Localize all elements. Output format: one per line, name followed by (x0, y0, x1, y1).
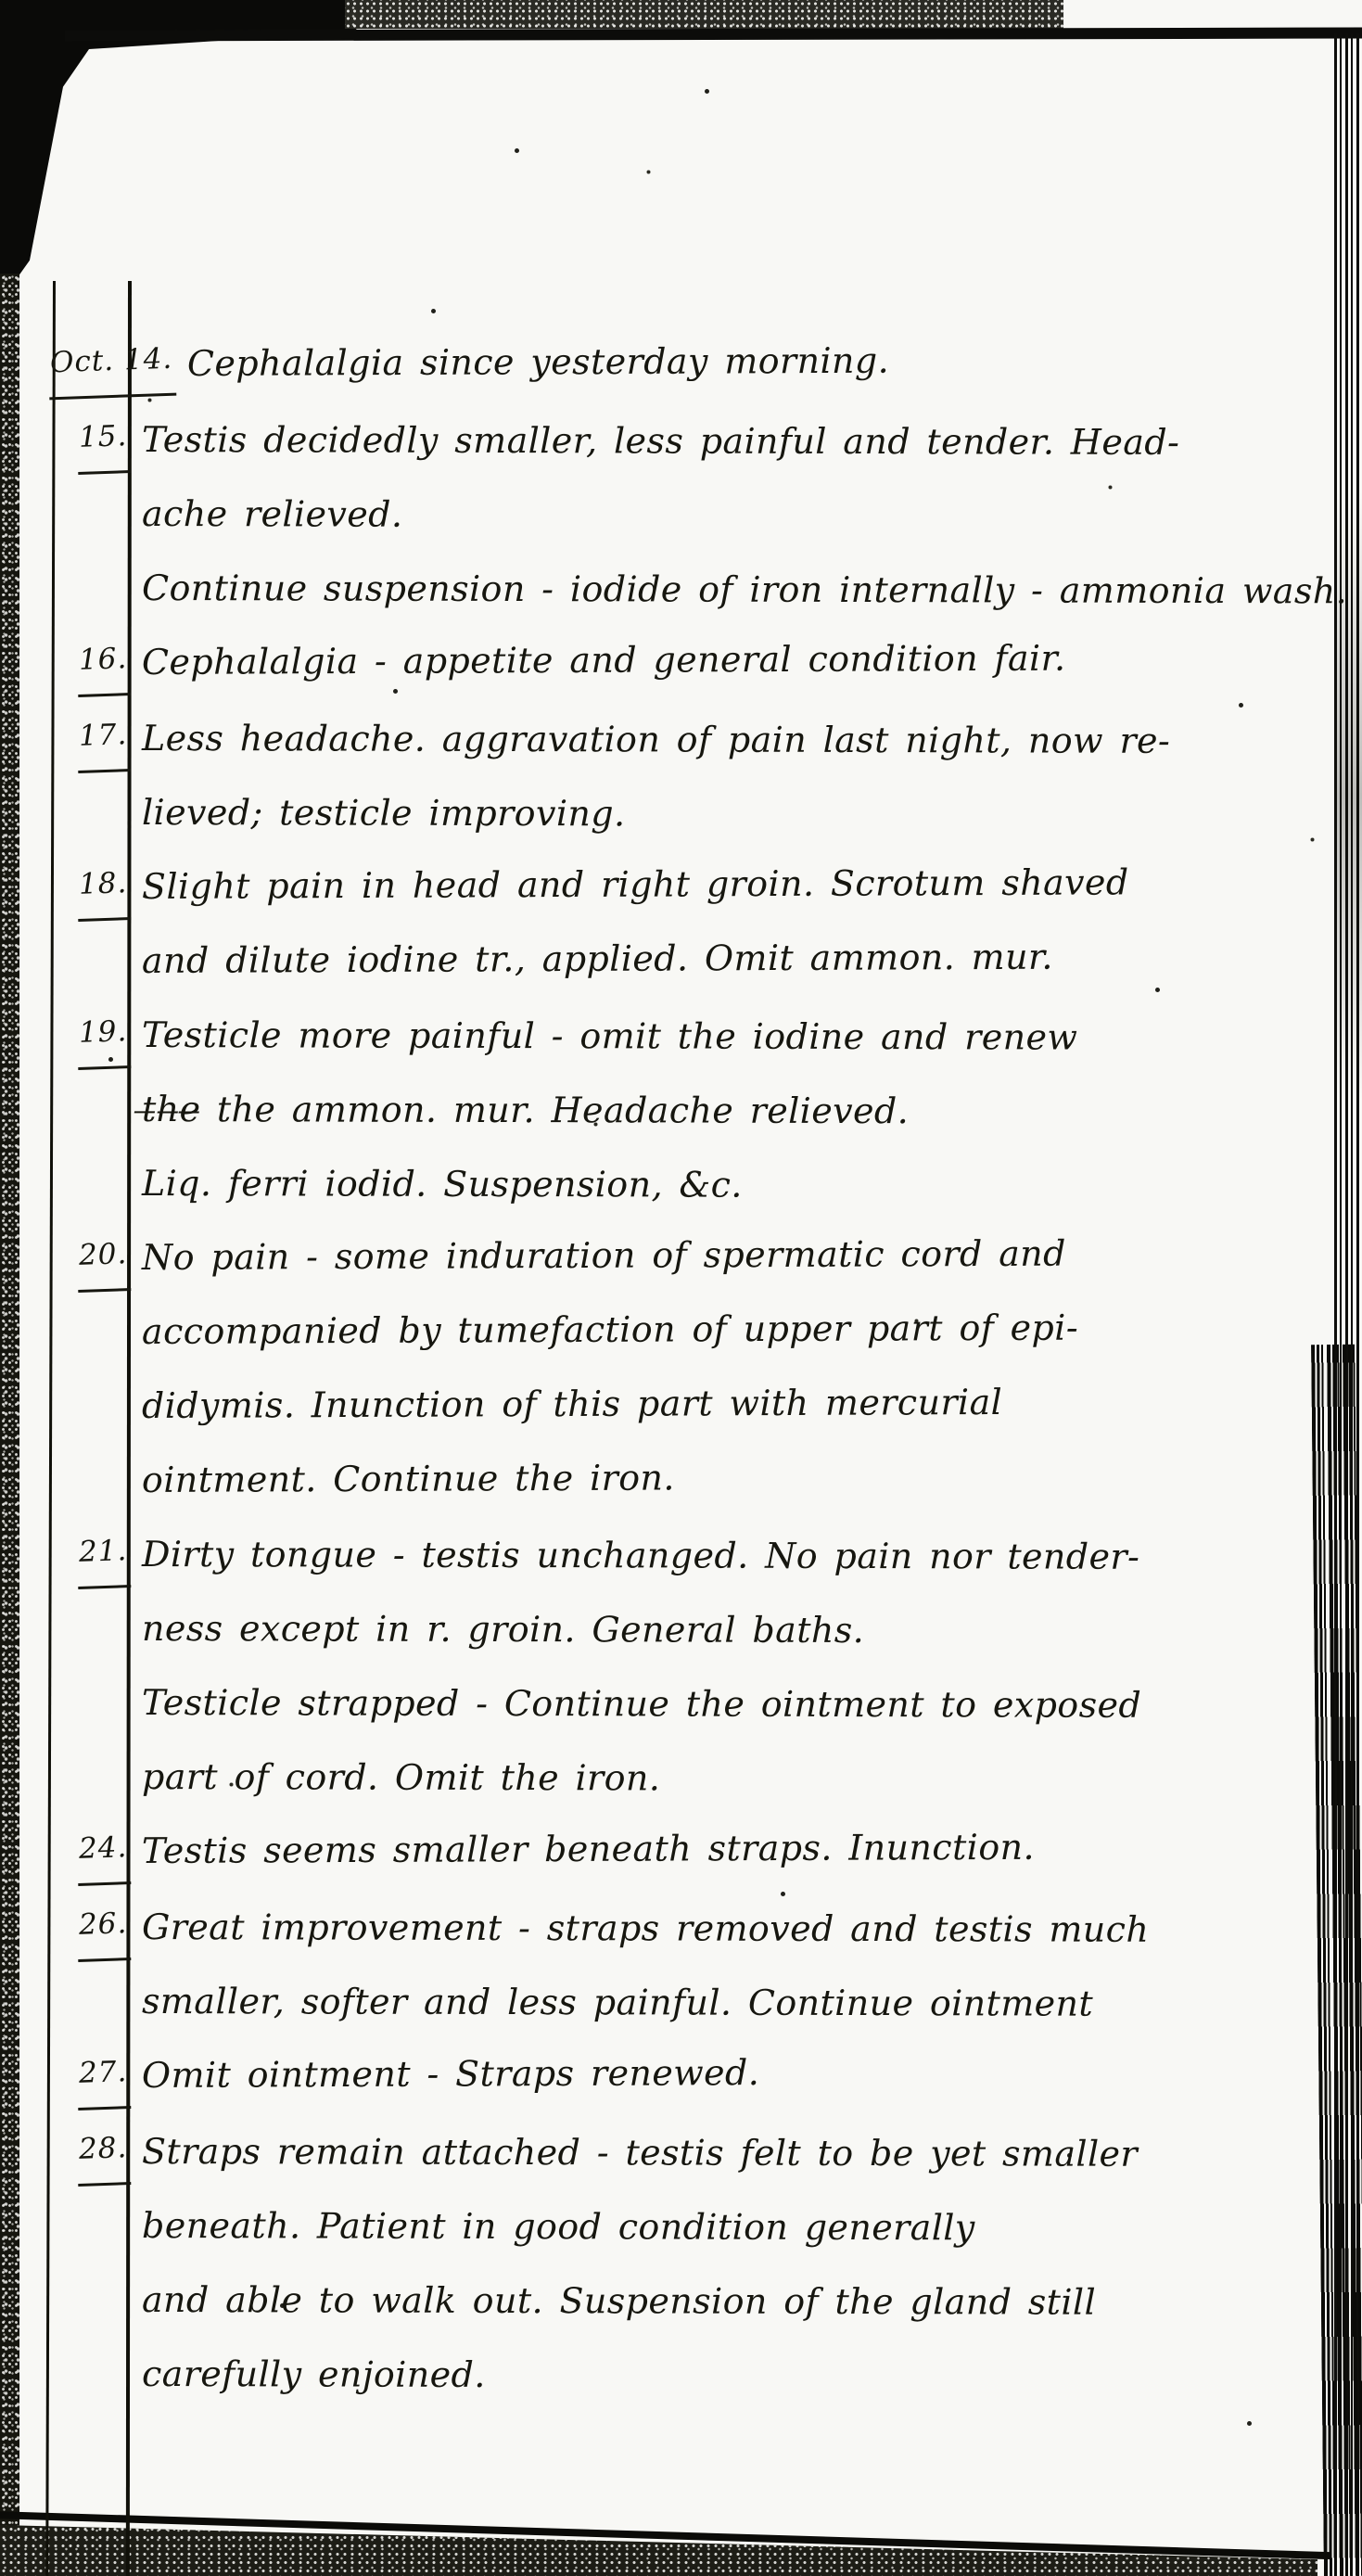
entry-date: 17. (75, 700, 131, 773)
entry-line: smaller, softer and less painful. Contin… (142, 1964, 1336, 2041)
entry-line: Slight pain in head and right groin. Scr… (142, 844, 1336, 924)
journal-entry: 16. Cephalalgia - appetite and general c… (48, 625, 1336, 701)
entry-lines: Testis decidedly smaller, less painful a… (130, 402, 1336, 625)
entry-line: Testicle strapped - Continue the ointmen… (142, 1665, 1336, 1742)
entry-date-cell: 16. (48, 625, 130, 701)
journal-entry: 17. Less headache. aggravation of pain l… (48, 701, 1336, 849)
manuscript-page: Oct. 14. Cephalalgia since yesterday mor… (0, 0, 1362, 2576)
journal-entry: Oct. 14. Cephalalgia since yesterday mor… (48, 326, 1336, 402)
entry-line: Cephalalgia - appetite and general condi… (142, 619, 1336, 699)
entry-date-cell: 19. (48, 998, 130, 1074)
entry-line: Less headache. aggravation of pain last … (142, 701, 1336, 778)
entry-date-cell: 21. (48, 1517, 130, 1593)
scan-edge-top-speckle (345, 0, 1063, 29)
entry-line: No pain - some induration of spermatic c… (142, 1215, 1336, 1294)
journal-entry: 26. Great improvement - straps removed a… (48, 1890, 1336, 2038)
entry-line: and dilute iodine tr., applied. Omit amm… (142, 918, 1336, 998)
journal-entry: 15. Testis decidedly smaller, less painf… (48, 402, 1336, 625)
entry-lines: Great improvement - straps removed and t… (130, 1890, 1336, 2038)
entry-line: Liq. ferri iodid. Suspension, &c. (142, 1146, 1336, 1223)
entry-date-cell: 24. (48, 1814, 130, 1890)
entry-lines: Dirty tongue - testis unchanged. No pain… (130, 1517, 1336, 1814)
entry-date-cell: 28. (48, 2114, 130, 2190)
entry-line: Testis decidedly smaller, less painful a… (142, 402, 1336, 479)
entry-date: 15. (75, 402, 131, 475)
entry-line: ointment. Continue the iron. (142, 1437, 1336, 1517)
journal-entry: 18. Slight pain in head and right groin.… (48, 849, 1336, 998)
entry-lines: Slight pain in head and right groin. Scr… (130, 849, 1336, 998)
entry-date-cell: 15. (48, 402, 130, 478)
entry-lines: Omit ointment - Straps renewed. (130, 2038, 1336, 2112)
entry-date: 27. (75, 2037, 131, 2111)
journal-entry: 21. Dirty tongue - testis unchanged. No … (48, 1517, 1336, 1814)
entry-line: ache relieved. (142, 477, 1336, 554)
entry-date-cell: 26. (48, 1890, 130, 1966)
entry-line: ness except in r. groin. General baths. (142, 1591, 1336, 1668)
entry-lines: Less headache. aggravation of pain last … (130, 701, 1336, 849)
entry-lines: Cephalalgia - appetite and general condi… (130, 625, 1336, 699)
entry-lines: Testis seems smaller beneath straps. Inu… (130, 1814, 1336, 1888)
entry-line: Testicle more painful - omit the iodine … (142, 998, 1336, 1075)
entry-lines: Straps remain attached - testis felt to … (130, 2114, 1336, 2411)
journal-entry: 28. Straps remain attached - testis felt… (48, 2114, 1336, 2411)
entry-date-cell: 27. (48, 2038, 130, 2114)
journal-entry: 20. No pain - some induration of spermat… (48, 1220, 1336, 1517)
entry-line: Testis seems smaller beneath straps. Inu… (142, 1808, 1336, 1888)
entry-line: beneath. Patient in good condition gener… (142, 2188, 1336, 2265)
journal-entry: 24. Testis seems smaller beneath straps.… (48, 1814, 1336, 1890)
entry-date: 24. (75, 1813, 131, 1886)
journal-entry: 27. Omit ointment - Straps renewed. (48, 2038, 1336, 2114)
entry-date: 16. (75, 624, 131, 697)
journal-entries: Oct. 14. Cephalalgia since yesterday mor… (48, 326, 1336, 2411)
entry-line: and able to walk out. Suspension of the … (142, 2263, 1336, 2340)
entry-date: 18. (75, 848, 131, 922)
entry-lines: Cephalalgia since yesterday morning. (175, 326, 1336, 401)
entry-line: Cephalalgia since yesterday morning. (187, 322, 1336, 401)
entry-line: Continue suspension - iodide of iron int… (142, 551, 1336, 628)
entry-line: Great improvement - straps removed and t… (142, 1890, 1336, 1967)
entry-date-cell: 20. (48, 1220, 130, 1296)
entry-line: lieved; testicle improving. (142, 775, 1336, 852)
entry-line: Straps remain attached - testis felt to … (142, 2114, 1336, 2191)
entry-lines: Testicle more painful - omit the iodine … (130, 998, 1336, 1220)
entry-line: Dirty tongue - testis unchanged. No pain… (142, 1517, 1336, 1594)
entry-date: 26. (75, 1889, 131, 1962)
entry-line: carefully enjoined. (142, 2337, 1336, 2414)
entry-date: 19. (75, 997, 131, 1070)
scan-edge-left-band (0, 274, 19, 2576)
entry-date-cell: 18. (48, 849, 130, 925)
entry-date-cell: Oct. 14. (48, 326, 175, 402)
entry-line: Omit ointment - Straps renewed. (142, 2033, 1336, 2112)
entry-date: Oct. 14. (47, 325, 177, 401)
entry-line: didymis. Inunction of this part with mer… (142, 1363, 1336, 1443)
entry-date: 20. (75, 1219, 131, 1293)
entry-date-cell: 17. (48, 701, 130, 777)
scan-noise-dots (0, 0, 3, 3)
scan-corner-top-left (0, 0, 371, 289)
entry-date: 28. (75, 2113, 131, 2187)
entry-date: 21. (75, 1516, 131, 1589)
entry-line: accompanied by tumefaction of upper part… (142, 1289, 1336, 1369)
journal-entry: 19. Testicle more painful - omit the iod… (48, 998, 1336, 1220)
entry-line: part of cord. Omit the iron. (142, 1740, 1336, 1817)
entry-line: t̶h̶e̶ the ammon. mur. Headache relieved… (142, 1072, 1336, 1149)
entry-lines: No pain - some induration of spermatic c… (130, 1220, 1336, 1517)
scan-edge-top-line (65, 28, 1362, 42)
